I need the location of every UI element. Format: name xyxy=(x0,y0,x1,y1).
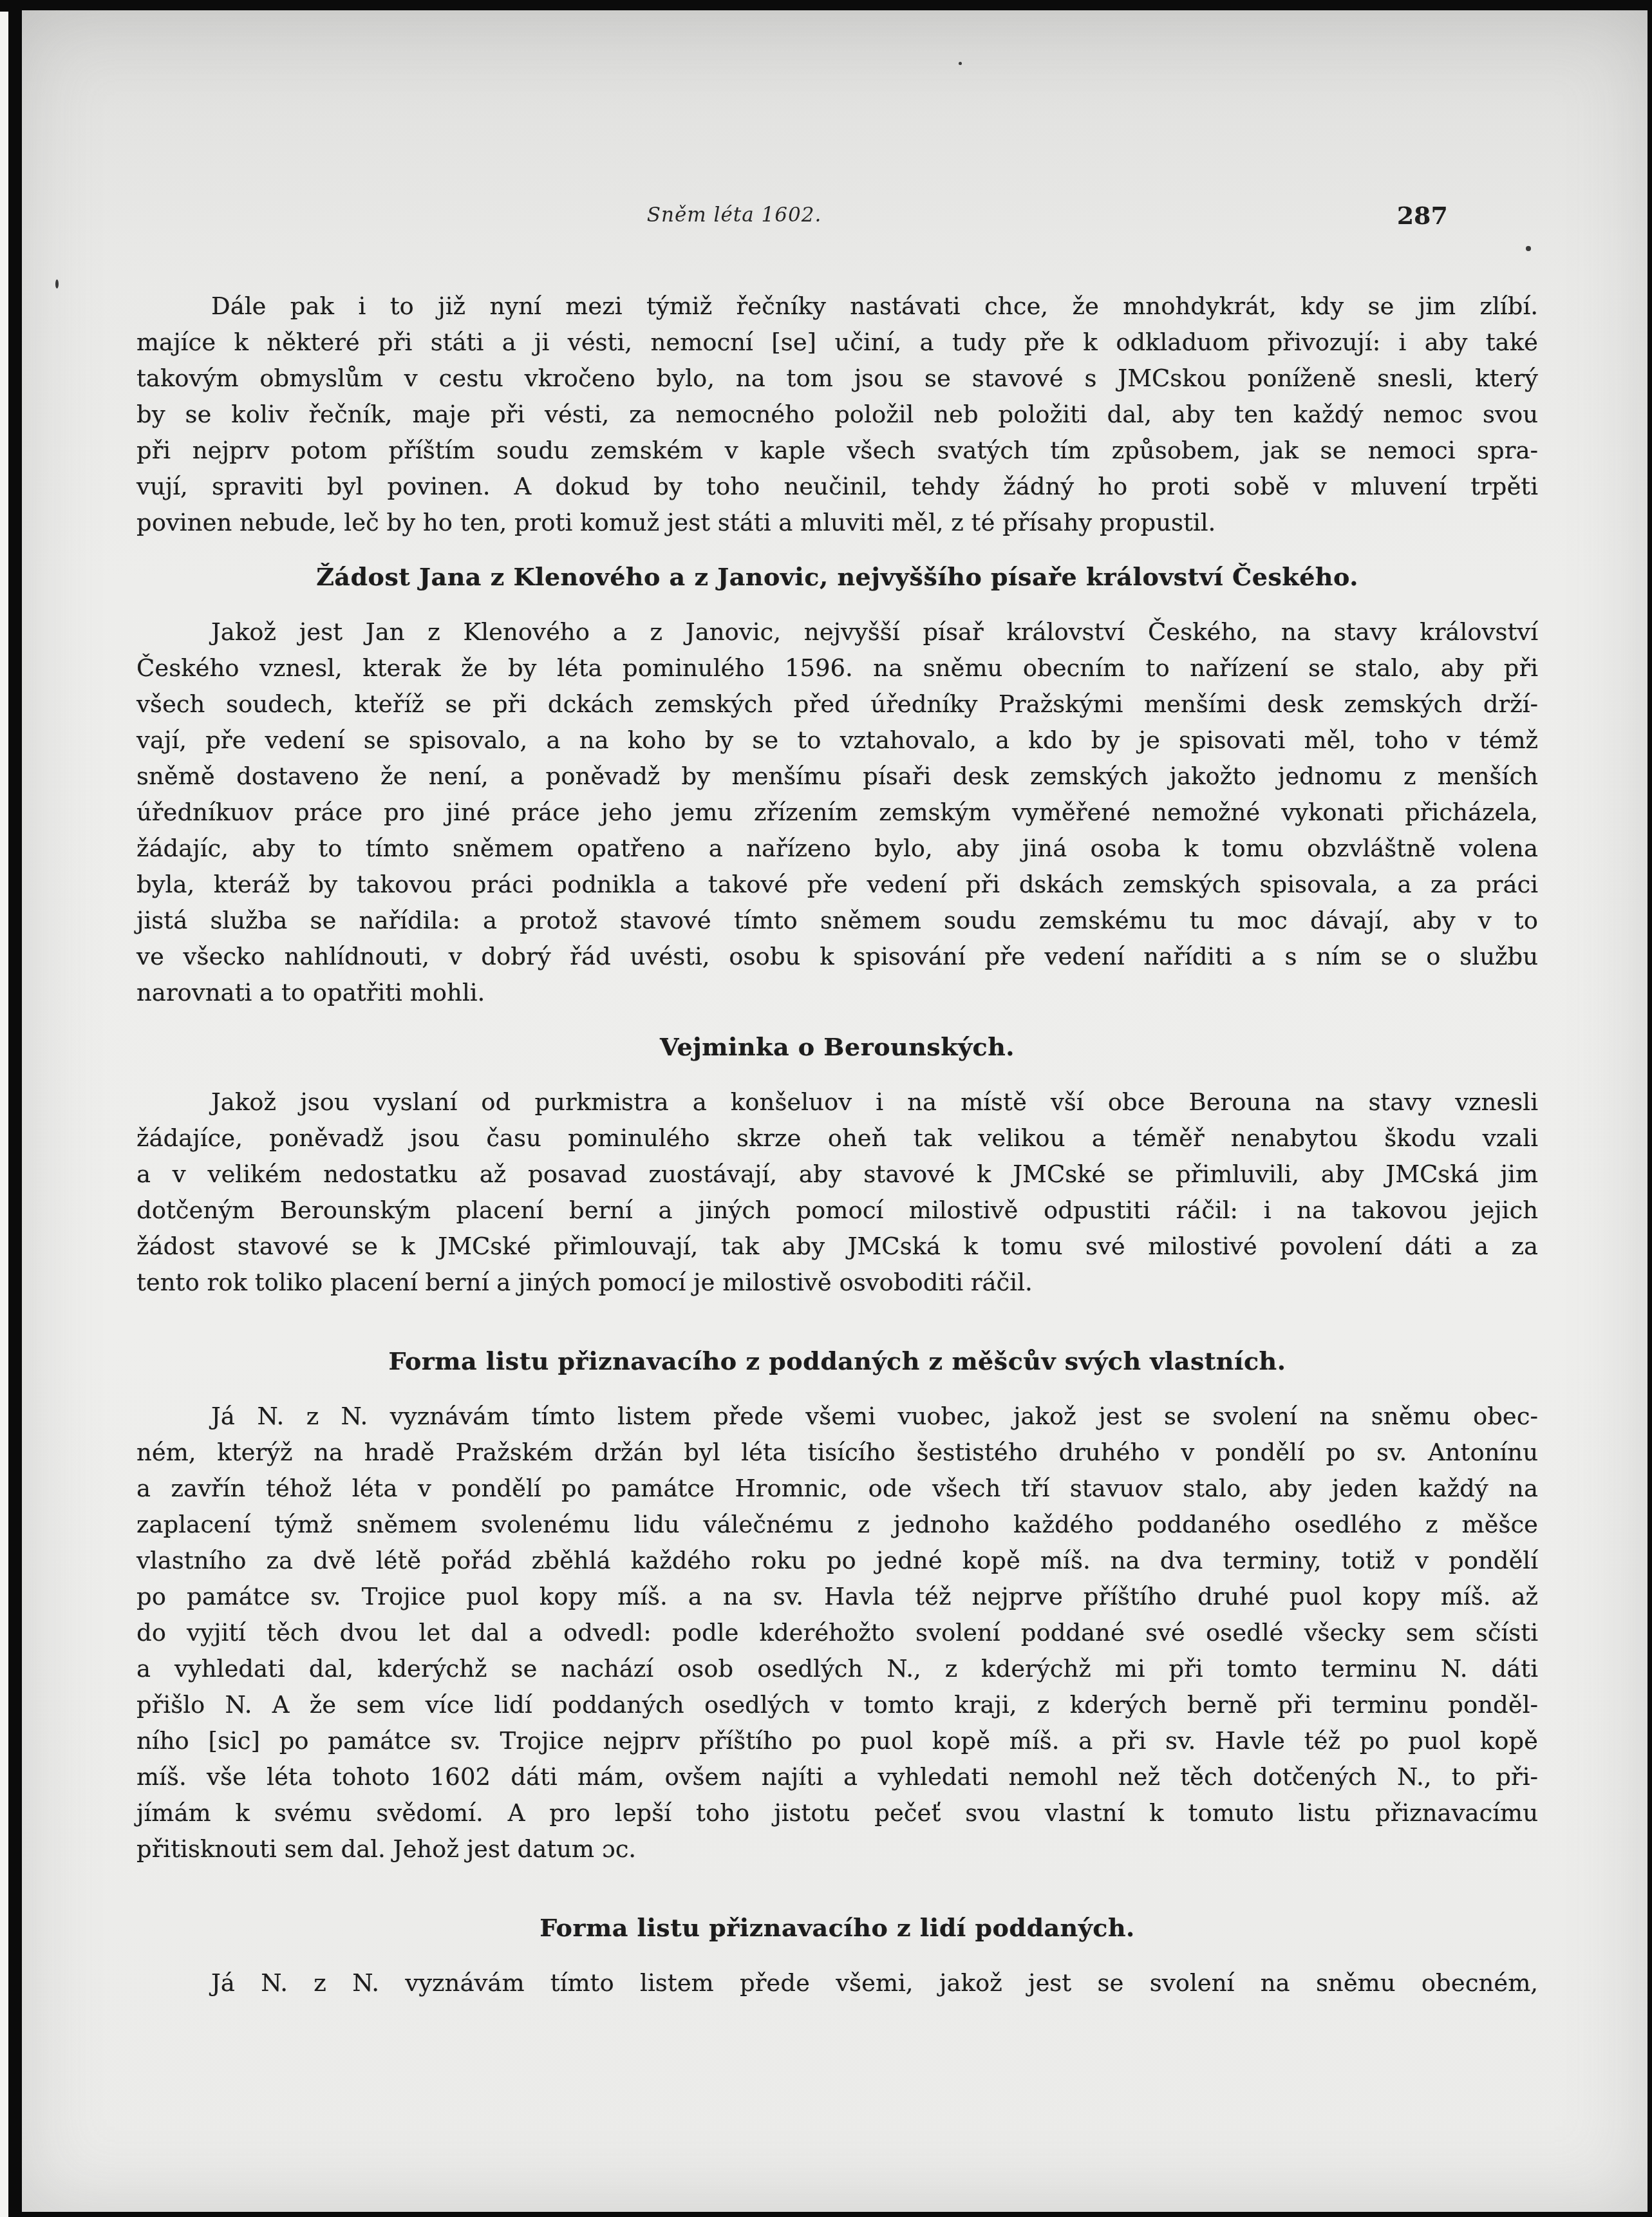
text-line: žádajíce, poněvadž jsou času pominulého … xyxy=(136,1120,1538,1156)
text-line: ního [sic] po památce sv. Trojice nejprv… xyxy=(136,1723,1538,1759)
text-line: Já N. z N. vyznávám tímto listem přede v… xyxy=(136,1399,1538,1435)
text-line: takovým obmyslům v cestu vkročeno bylo, … xyxy=(136,361,1538,397)
section-heading: Žádost Jana z Klenového a z Janovic, nej… xyxy=(136,559,1538,595)
paragraph: Dále pak i to již nyní mezi týmiž řečník… xyxy=(136,288,1538,541)
text-line: vlastního za dvě létě pořád zběhlá každé… xyxy=(136,1543,1538,1579)
section-heading: Vejminka o Berounských. xyxy=(136,1029,1538,1065)
paragraph: Jakož jest Jan z Klenového a z Janovic, … xyxy=(136,614,1538,1011)
page-paper: Sněm léta 1602. 287 Dále pak i to již ny… xyxy=(22,10,1647,2212)
text-line: jistá služba se nařídila: a protož stavo… xyxy=(136,903,1538,939)
text-line: všech soudech, kteříž se při dckách zems… xyxy=(136,686,1538,722)
paragraph: Jakož jsou vyslaní od purkmistra a konše… xyxy=(136,1084,1538,1301)
text-line: úředníkuov práce pro jiné práce jeho jem… xyxy=(136,795,1538,831)
text-line: do vyjití těch dvou let dal a odvedl: po… xyxy=(136,1615,1538,1651)
running-head: Sněm léta 1602. 287 xyxy=(136,203,1538,233)
page-content: Sněm léta 1602. 287 Dále pak i to již ny… xyxy=(136,10,1538,2001)
text-line: povinen nebude, leč by ho ten, proti kom… xyxy=(136,505,1538,541)
text-line: přitisknouti sem dal. Jehož jest datum ɔ… xyxy=(136,1831,1538,1867)
text-line: vují, spraviti byl povinen. A dokud by t… xyxy=(136,469,1538,505)
text-line: po památce sv. Trojice puol kopy míš. a … xyxy=(136,1579,1538,1615)
text-line: žádajíc, aby to tímto sněmem opatřeno a … xyxy=(136,831,1538,867)
section-heading: Forma listu přiznavacího z lidí poddanýc… xyxy=(136,1910,1538,1946)
text-line: by se koliv řečník, maje při vésti, za n… xyxy=(136,397,1538,433)
text-line: zaplacení týmž sněmem svolenému lidu vál… xyxy=(136,1507,1538,1543)
text-line: přišlo N. A že sem více lidí poddaných o… xyxy=(136,1687,1538,1723)
text-line: a zavřín téhož léta v pondělí po památce… xyxy=(136,1471,1538,1507)
text-line: ve všecko nahlídnouti, v dobrý řád uvést… xyxy=(136,939,1538,975)
text-line: Já N. z N. vyznávám tímto listem přede v… xyxy=(136,1965,1538,2001)
scanned-page: Sněm léta 1602. 287 Dále pak i to již ny… xyxy=(0,0,1652,2217)
text-line: byla, kteráž by takovou práci podnikla a… xyxy=(136,867,1538,903)
text-line: a v velikém nedostatku až posavad zuostá… xyxy=(136,1156,1538,1193)
text-line: majíce k některé při státi a ji vésti, n… xyxy=(136,325,1538,361)
text-line: při nejprv potom příštím soudu zemském v… xyxy=(136,433,1538,469)
text-line: jímám k svému svědomí. A pro lepší toho … xyxy=(136,1795,1538,1831)
text-line: Jakož jest Jan z Klenového a z Janovic, … xyxy=(136,614,1538,650)
text-line: Jakož jsou vyslaní od purkmistra a konše… xyxy=(136,1084,1538,1120)
text-line: dotčeným Berounským placení berní a jiný… xyxy=(136,1193,1538,1229)
text-line: míš. vše léta tohoto 1602 dáti mám, ovše… xyxy=(136,1759,1538,1795)
text-line: Dále pak i to již nyní mezi týmiž řečník… xyxy=(136,288,1538,325)
text-line: Českého vznesl, kterak že by léta pominu… xyxy=(136,650,1538,686)
scan-artifact xyxy=(55,279,59,288)
section-heading: Forma listu přiznavacího z poddaných z m… xyxy=(136,1343,1538,1379)
scan-edge-strip xyxy=(0,12,8,2217)
paragraph: Já N. z N. vyznávám tímto listem přede v… xyxy=(136,1399,1538,1867)
text-line: tento rok toliko placení berní a jiných … xyxy=(136,1265,1538,1301)
page-number: 287 xyxy=(1397,201,1448,230)
text-block: Dále pak i to již nyní mezi týmiž řečník… xyxy=(136,288,1538,2001)
text-line: a vyhledati dal, kderýchž se nachází oso… xyxy=(136,1651,1538,1687)
text-line: vají, pře vedení se spisovalo, a na koho… xyxy=(136,722,1538,759)
text-line: žádost stavové se k JMCské přimlouvají, … xyxy=(136,1229,1538,1265)
running-head-title: Sněm léta 1602. xyxy=(647,203,822,227)
paragraph: Já N. z N. vyznávám tímto listem přede v… xyxy=(136,1965,1538,2001)
text-line: narovnati a to opatřiti mohli. xyxy=(136,975,1538,1011)
text-line: sněmě dostaveno že není, a poněvadž by m… xyxy=(136,759,1538,795)
text-line: ném, kterýž na hradě Pražském držán byl … xyxy=(136,1435,1538,1471)
